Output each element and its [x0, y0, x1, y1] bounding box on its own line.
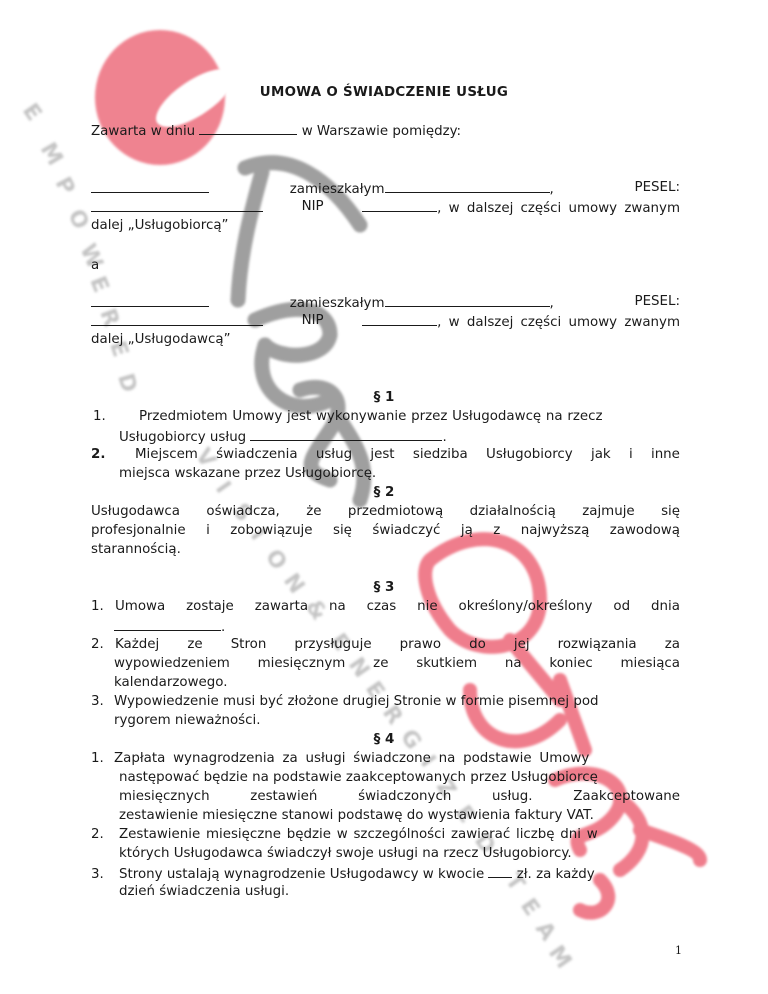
item-number: 2.	[91, 635, 114, 654]
section-3-item-2-cont2: kalendarzowego.	[114, 673, 703, 692]
party2-address-blank[interactable]	[385, 292, 550, 307]
item-number: 2.	[91, 825, 119, 844]
item-text: Zapłata wynagrodzenia za usługi świadczo…	[114, 751, 589, 766]
party1-name-blank[interactable]	[91, 178, 209, 193]
section-4-heading: § 4	[0, 730, 768, 749]
item-text-justified: KażdejzeStronprzysługujeprawodojejrozwią…	[115, 635, 680, 654]
section-1-item-1: 1.Przedmiotem Umowy jest wykonywanie prz…	[91, 407, 680, 426]
date-blank-field[interactable]	[199, 120, 297, 135]
party1-tail: , w dalszej części umowy zwanym	[437, 201, 680, 216]
section-3-item-3-cont: rygorem nieważności.	[114, 711, 703, 730]
intro-prefix: Zawarta w dniu	[91, 124, 195, 139]
section-4-item-3-cont: dzień świadczenia usługi.	[119, 882, 708, 901]
section-3-item-2-cont: wypowiedzeniemmiesięcznymzeskutkiemnakon…	[114, 654, 680, 673]
section-2-line-2: profesjonalnieizobowiązujesięświadczyćją…	[91, 521, 680, 540]
party1-alias: dalej „Usługobiorcą”	[91, 216, 680, 235]
item-number: 1.	[91, 407, 139, 426]
party1-address-blank[interactable]	[385, 178, 550, 193]
section-2-line-3: starannością.	[91, 540, 680, 559]
party2-tail: , w dalszej części umowy zwanym	[437, 315, 680, 330]
section-4-item-1-cont3: zestawienie miesięczne stanowi podstawę …	[119, 806, 708, 825]
item-text-justified: Umowazostajezawartanaczasnieokreślony/ok…	[115, 597, 680, 616]
service-blank-field[interactable]	[250, 426, 442, 441]
party2-nip-blank[interactable]	[362, 311, 437, 326]
section-2-heading: § 2	[0, 483, 768, 502]
item-number: 3.	[91, 865, 119, 884]
item-number: 2.	[91, 445, 105, 464]
item-text: Zestawienie miesięczne będzie w szczegól…	[119, 827, 598, 842]
item-text-justified: MiejscemświadczeniausługjestsiedzibaUsłu…	[135, 445, 680, 464]
document-title: UMOWA O ŚWIADCZENIE USŁUG	[0, 83, 768, 102]
item-number: 1.	[91, 597, 114, 616]
party1-pesel-blank[interactable]	[91, 197, 263, 212]
party1-resident-label: zamieszkałym	[290, 182, 385, 197]
document-content: UMOWA O ŚWIADCZENIE USŁUG Zawarta w dniu…	[0, 0, 768, 994]
party1-comma: ,	[550, 182, 554, 197]
party2-pesel-blank[interactable]	[91, 311, 263, 326]
party2-alias: dalej „Usługodawcą”	[91, 330, 680, 349]
item-text: Wypowiedzenie musi być złożone drugiej S…	[114, 694, 599, 709]
section-1-heading: § 1	[0, 388, 768, 407]
section-4-item-1-cont2: miesięcznychzestawieńświadczonychusług.Z…	[119, 787, 680, 806]
item-period: .	[221, 620, 225, 635]
section-3-item-2: 2. KażdejzeStronprzysługujeprawodojejroz…	[91, 635, 680, 654]
item-text: Przedmiotem Umowy jest wykonywanie przez…	[139, 409, 603, 424]
item-text: Usługobiorcy usług	[119, 430, 246, 445]
item-text: zł. za każdy	[517, 867, 595, 882]
section-3-heading: § 3	[0, 578, 768, 597]
section-4-item-2-cont: których Usługodawca świadczył swoje usłu…	[119, 844, 708, 863]
intro-line: Zawarta w dniu w Warszawie pomiędzy:	[91, 120, 680, 141]
section-4-item-1: 1.Zapłata wynagrodzenia za usługi świadc…	[91, 749, 680, 768]
section-1-item-2: 2. MiejscemświadczeniausługjestsiedzibaU…	[91, 445, 680, 464]
party2-name-blank[interactable]	[91, 292, 209, 307]
amount-blank-field[interactable]	[488, 863, 512, 878]
item-number: 1.	[91, 749, 114, 768]
document-page: E M P O W E R E D V I S I O N & E N E R	[0, 0, 768, 994]
party2-resident-label: zamieszkałym	[290, 296, 385, 311]
intro-suffix: w Warszawie pomiędzy:	[302, 124, 461, 139]
item-text: Strony ustalają wynagrodzenie Usługodawc…	[119, 867, 484, 882]
item-number: 3.	[91, 692, 114, 711]
party1-nip-blank[interactable]	[362, 197, 437, 212]
section-2-line-1: Usługodawcaoświadcza,żeprzedmiotowądział…	[91, 502, 680, 521]
page-number: 1	[675, 941, 682, 960]
section-3-item-1: 1. Umowazostajezawartanaczasnieokreślony…	[91, 597, 680, 616]
section-3-item-3: 3.Wypowiedzenie musi być złożone drugiej…	[91, 692, 680, 711]
section-4-item-2: 2.Zestawienie miesięczne będzie w szczeg…	[91, 825, 680, 844]
section-1-item-2-cont: miejsca wskazane przez Usługobiorcę.	[119, 464, 708, 483]
item-period: .	[442, 430, 446, 445]
conjunction: a	[91, 256, 680, 275]
section-4-item-1-cont: następować będzie na podstawie zaakcepto…	[119, 768, 708, 787]
start-date-blank-field[interactable]	[114, 616, 221, 631]
party2-comma: ,	[550, 296, 554, 311]
